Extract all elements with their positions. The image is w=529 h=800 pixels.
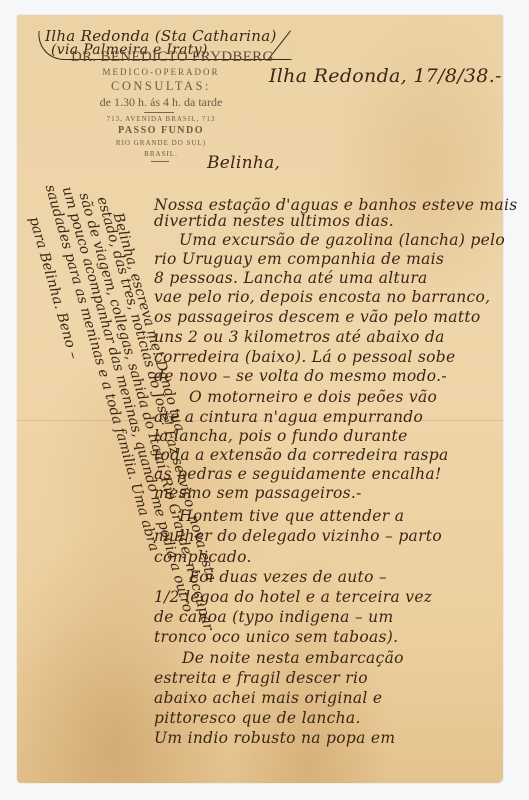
body-line: Uma excursão de gazolina (lancha) pelo [179,231,505,249]
body-line: as pedras e seguidamente encalha! [154,465,442,483]
body-line: pittoresco que de lancha. [154,709,361,727]
body-line: la lancha, pois o fundo durante [154,427,408,445]
body-line: Um indio robusto na popa em [154,729,395,747]
body-line: corredeira (baixo). Lá o pessoal sobe [154,348,455,366]
letterhead-role: MEDICO-OPERADOR [71,67,251,77]
letterhead-consult-label: CONSULTAS: [71,79,251,94]
body-line: 8 pessoas. Lancha até uma altura [154,269,428,287]
letterhead-name: DR. BENEDICTO FRYDBERG [71,49,251,66]
letterhead-address: 713, AVENIDA BRASIL, 713 [71,115,251,123]
body-line: abaixo achei mais original e [154,689,382,707]
letterhead-state: RIO GRANDE DO SUL) [71,139,251,147]
dateline: Ilha Redonda, 17/8/38.- [269,65,502,87]
body-line: toda a extensão da corredeira raspa [154,446,449,464]
body-line: de novo – se volta do mesmo modo.- [154,367,447,385]
body-line: rio Uruguay em companhia de mais [154,250,444,268]
salutation: Belinha, [207,153,280,173]
body-line: uns 2 ou 3 kilometros até abaixo da [154,328,445,346]
body-line: até a cintura n'agua empurrando [154,408,423,426]
letterhead-rule [144,112,174,113]
body-line: divertida nestes ultimos dias. [154,212,394,230]
body-line: vae pelo rio, depois encosta no barranco… [154,288,490,306]
body-line: Hontem tive que attender a [179,507,404,525]
letterhead-hours: de 1.30 h. ás 4 h. da tarde [61,95,261,110]
body-line: estreita e fragil descer rio [154,669,368,687]
letterhead-rule-2 [151,161,169,162]
letter-paper: Ilha Redonda (Sta Catharina) (via Palmei… [17,15,503,783]
body-line: os passageiros descem e vão pelo matto [154,308,481,326]
body-line: De noite nesta embarcação [182,649,404,667]
body-line: tronco oco unico sem taboas). [154,628,398,646]
letterhead-city: PASSO FUNDO [71,125,251,136]
body-line: O motorneiro e dois peões vão [189,388,437,406]
